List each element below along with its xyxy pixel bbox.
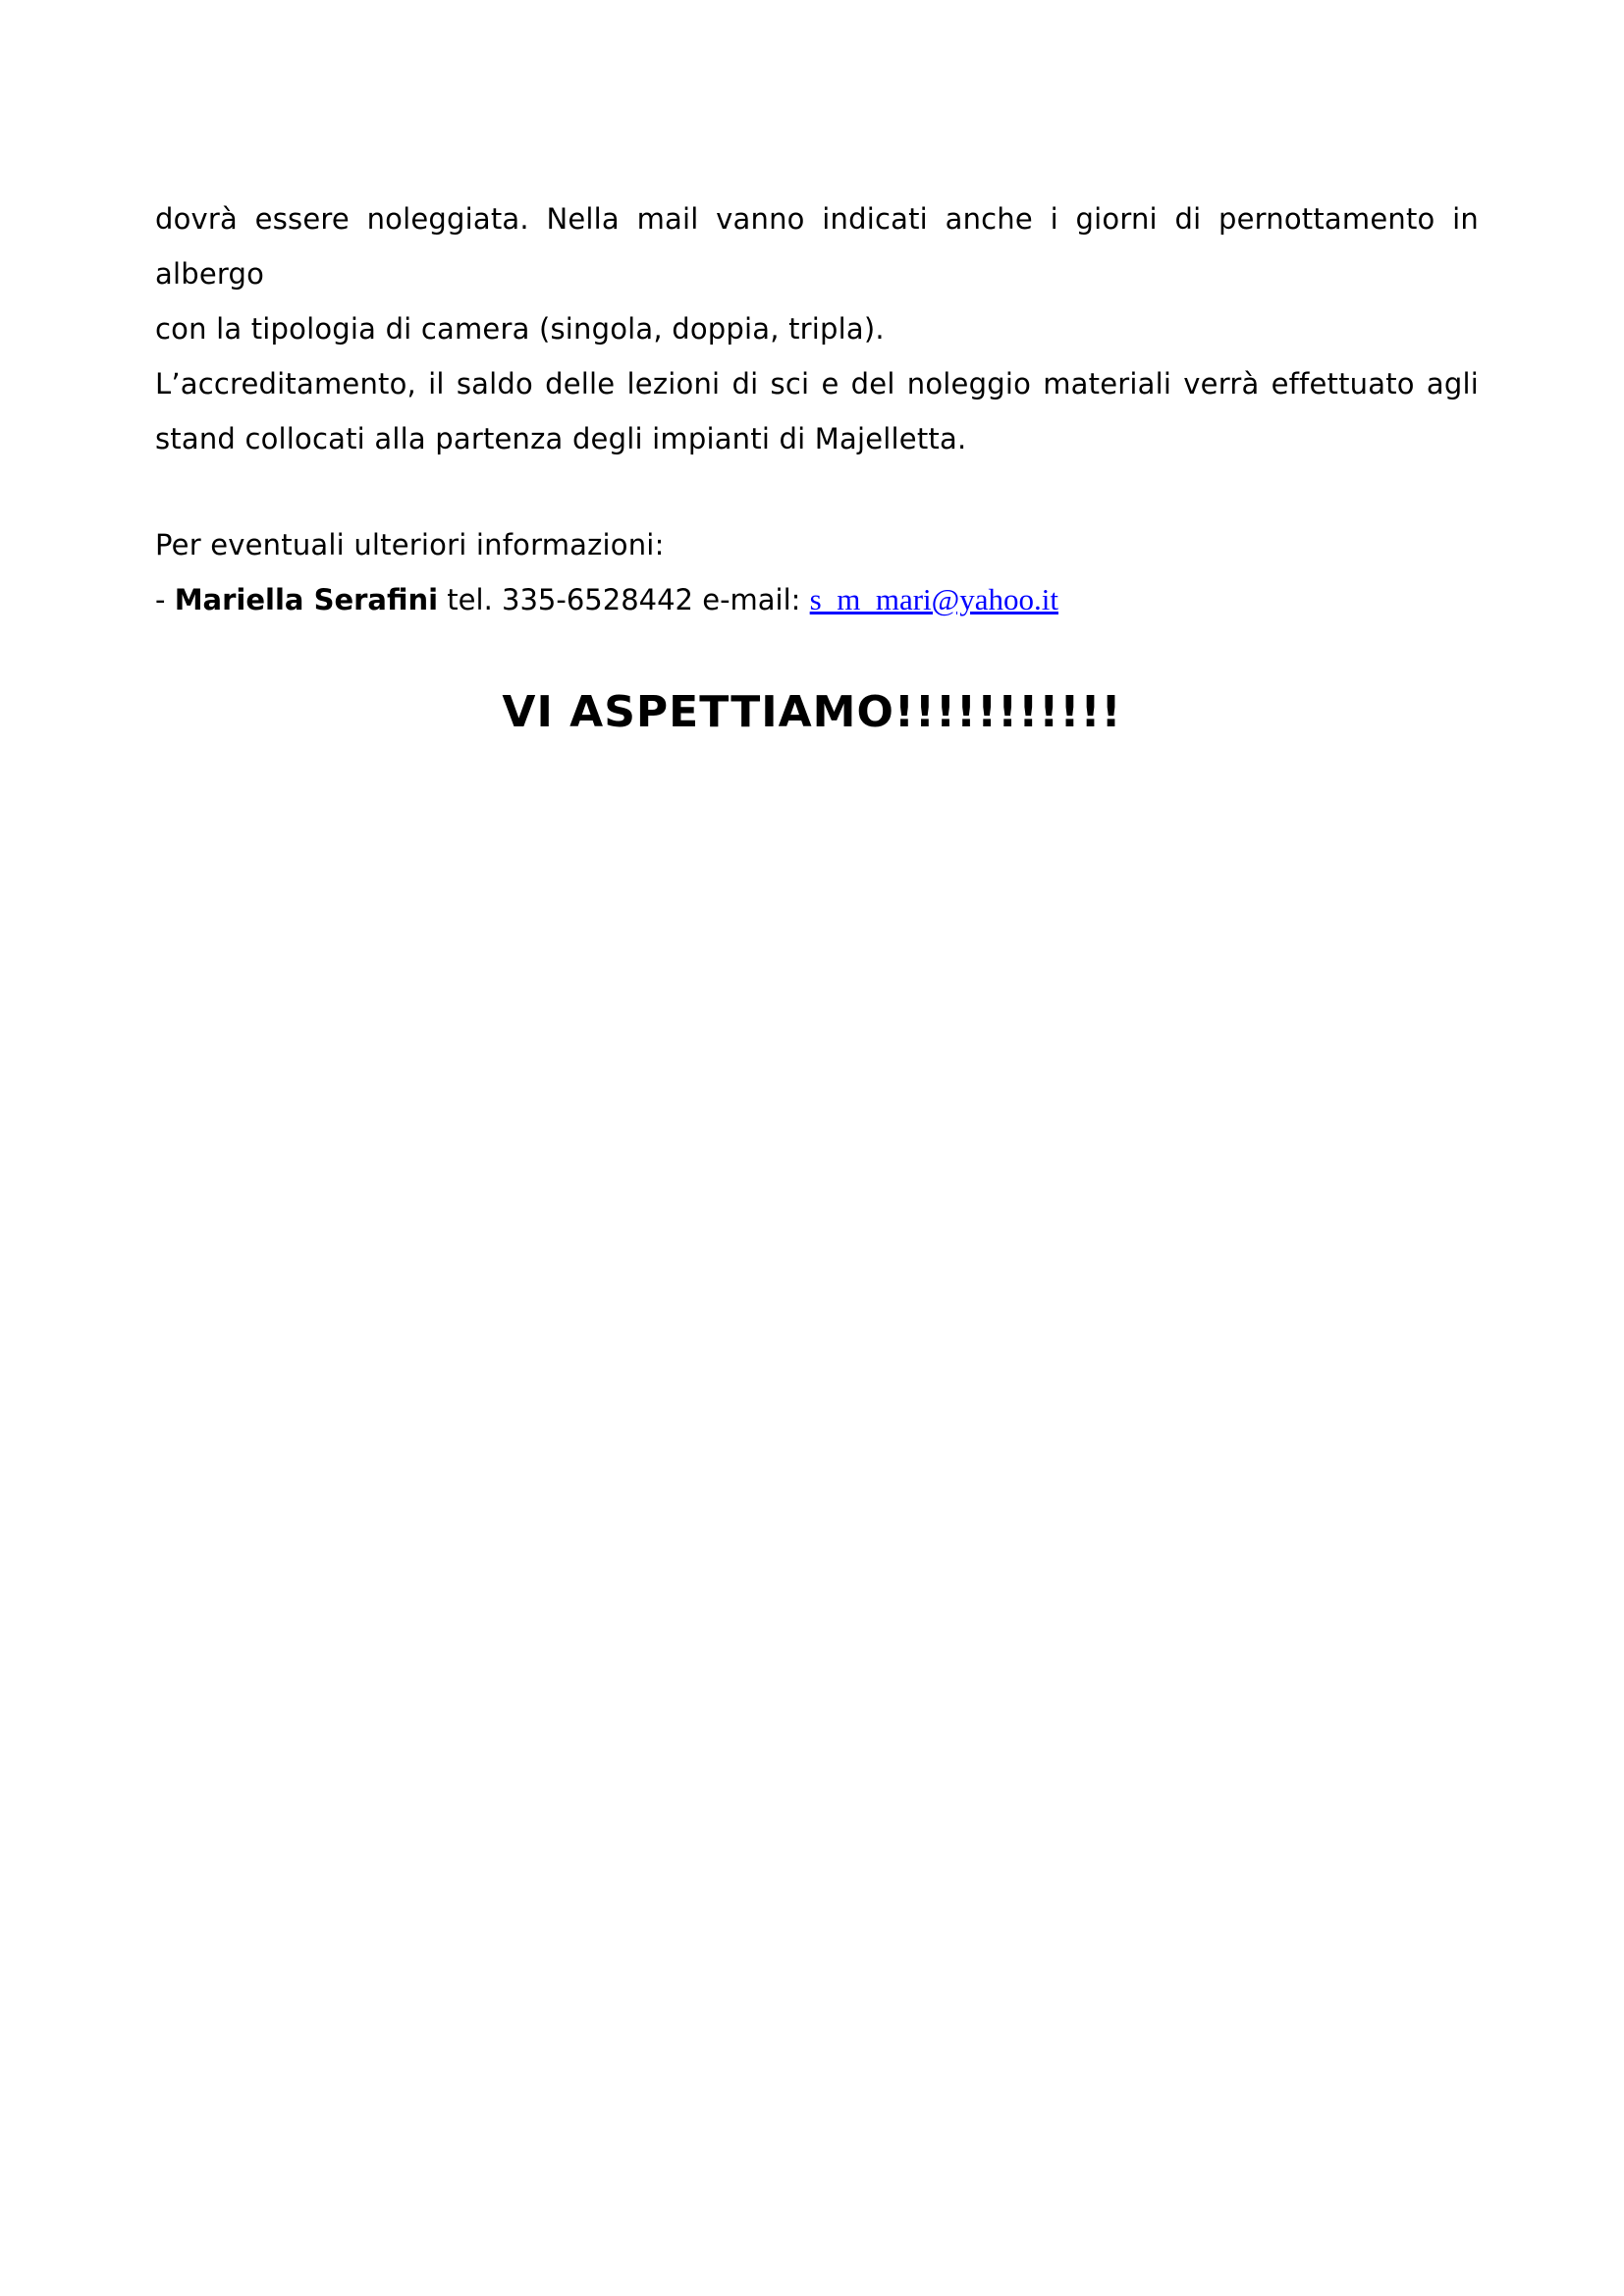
paragraph-booking-details: dovrà essere noleggiata. Nella mail vann… [155,191,1479,356]
document-body: dovrà essere noleggiata. Nella mail vann… [155,191,1479,627]
email-link[interactable]: s_m_mari@yahoo.it [810,582,1058,616]
spacer [155,466,1479,517]
phone-label: tel. [438,583,502,616]
contact-phone: 335-6528442 [502,583,693,616]
closing-headline: VI ASPETTIAMO!!!!!!!!!!! [0,687,1624,737]
paragraph-line: L’accreditamento, il saldo delle lezioni… [155,356,1479,411]
paragraph-line: stand collocati alla partenza degli impi… [155,411,1479,466]
paragraph-line: con la tipologia di camera (singola, dop… [155,301,1479,356]
email-label: e-mail: [693,583,810,616]
paragraph-line: dovrà essere noleggiata. Nella mail vann… [155,191,1479,301]
contact-prefix: - [155,583,175,616]
contact-name: Mariella Serafini [175,583,438,616]
info-heading: Per eventuali ulteriori informazioni: [155,517,1479,572]
contact-line: - Mariella Serafini tel. 335-6528442 e-m… [155,572,1479,627]
paragraph-accreditation: L’accreditamento, il saldo delle lezioni… [155,356,1479,466]
